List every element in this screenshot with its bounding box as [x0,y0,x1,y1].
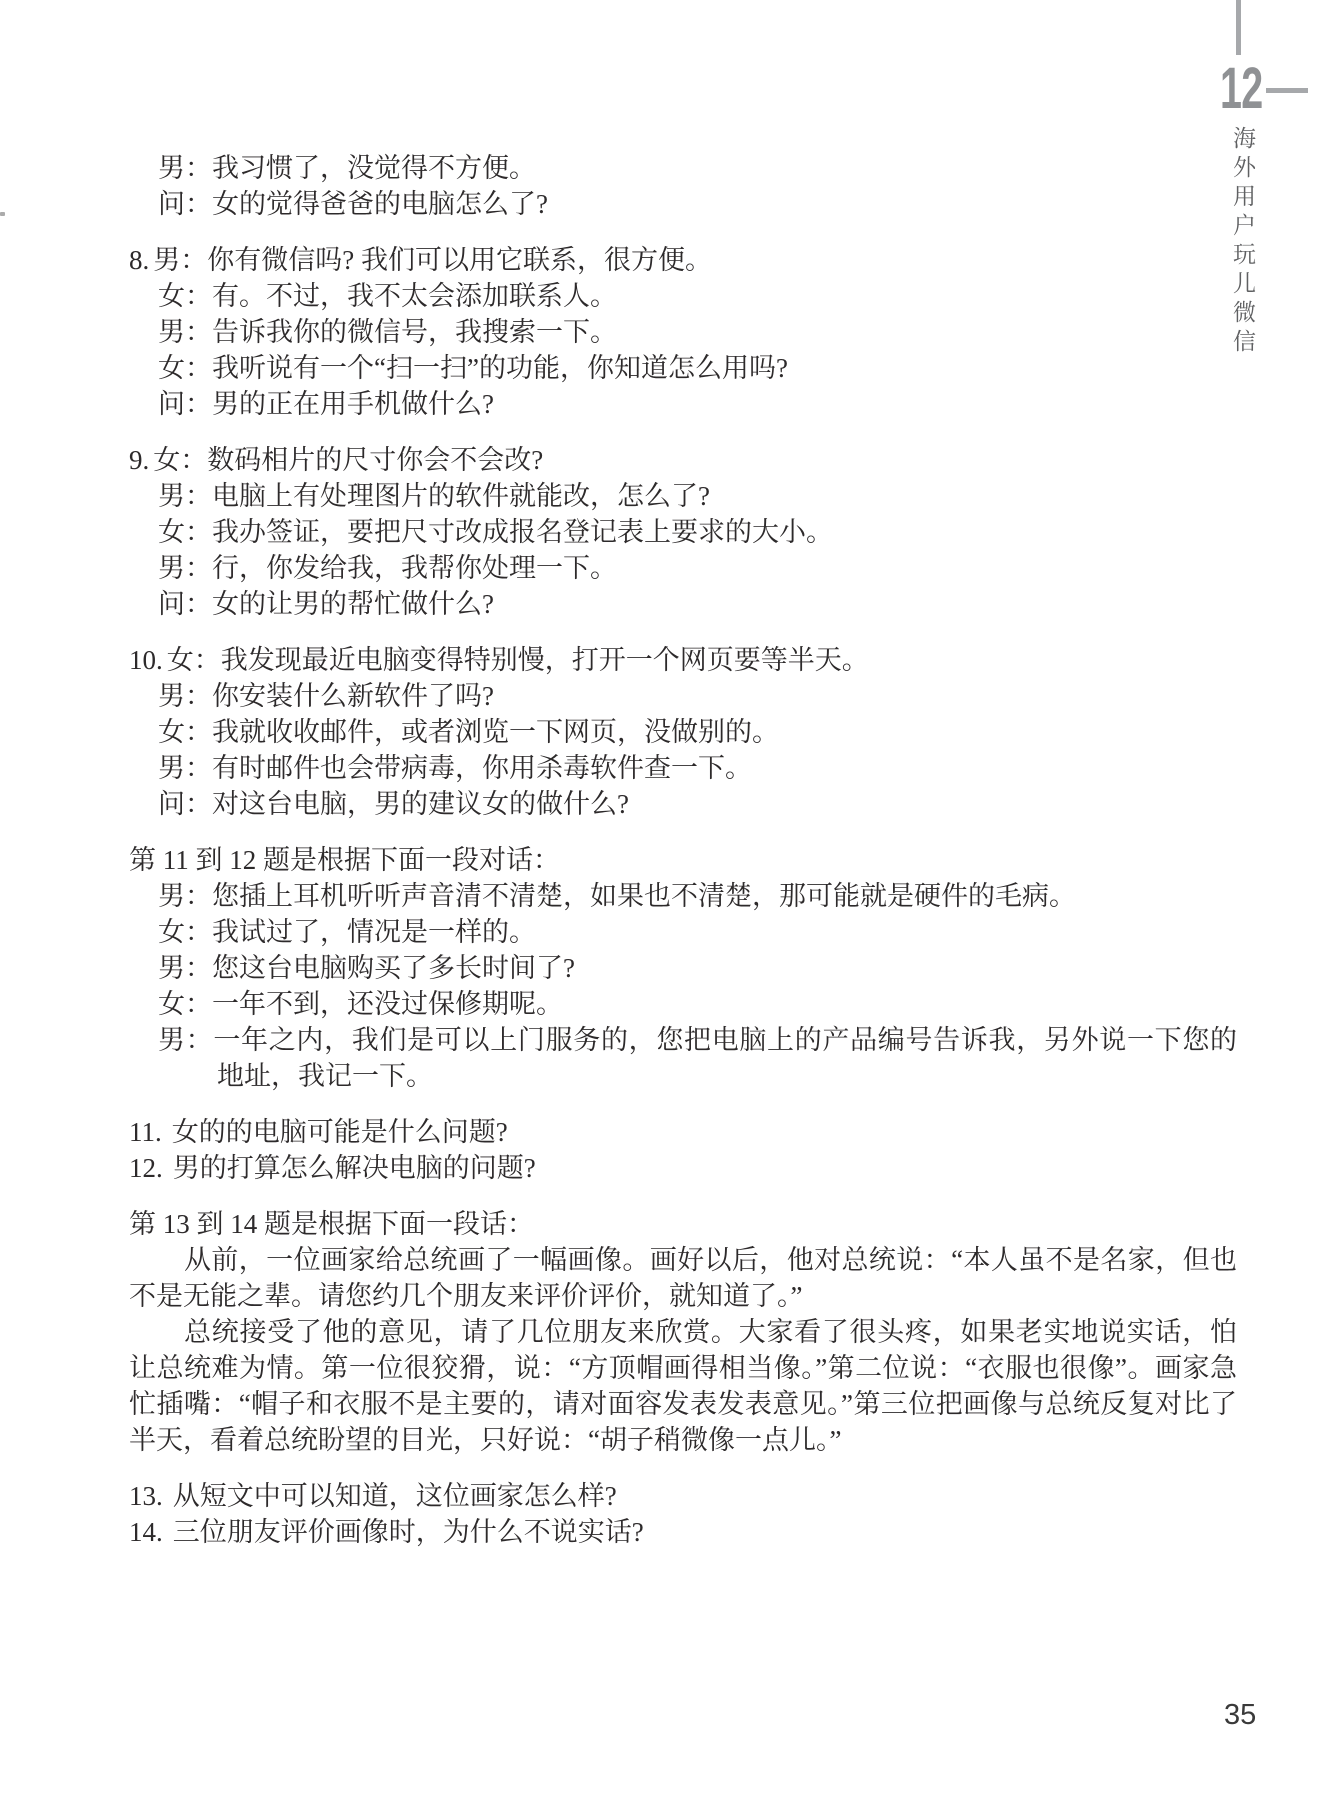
transcript-line: 女：我就收收邮件，或者浏览一下网页，没做别的。 [129,714,1237,750]
transcript-line: 男：你安装什么新软件了吗? [129,678,1237,714]
transcript-line: 忙插嘴：“帽子和衣服不是主要的，请对面容发表发表意见。”第三位把画像与总统反复对… [129,1386,1237,1422]
line-text: 告诉我你的微信号，我搜索一下。 [212,317,617,347]
question-line: 13.从短文中可以知道，这位画家怎么样? [129,1478,1237,1514]
line-text: 我就收收邮件，或者浏览一下网页，没做别的。 [212,717,779,747]
speaker-label: 男： [158,153,212,183]
line-text: 从前，一位画家给总统画了一幅画像。画好以后，他对总统说：“本人虽不是名家，但也 [184,1245,1237,1275]
line-text: 女的让男的帮忙做什么? [212,589,494,619]
line-text: 你有微信吗? 我们可以用它联系，很方便。 [207,245,712,275]
transcript-line: 问：对这台电脑，男的建议女的做什么? [129,786,1237,822]
line-text: 一年不到，还没过保修期呢。 [212,989,563,1019]
line-text: 第 11 到 12 题是根据下面一段对话： [129,845,560,875]
item-number: 11. [129,1117,162,1147]
speaker-label: 问： [158,589,212,619]
transcript-line: 半天，看着总统盼望的目光，只好说：“胡子稍微像一点儿。” [129,1422,1237,1458]
speaker-label: 男： [158,1025,213,1055]
item-number: 14. [129,1517,163,1547]
line-text: 我发现最近电脑变得特别慢，打开一个网页要等半天。 [221,645,869,675]
line-text: 你安装什么新软件了吗? [212,681,494,711]
speaker-label: 男： [153,245,207,275]
transcript-line: 男：我习惯了，没觉得不方便。 [129,150,1237,186]
speaker-label: 女： [158,353,212,383]
item9: 9.女：数码相片的尺寸你会不会改?男：电脑上有处理图片的软件就能改，怎么了?女：… [129,442,1237,622]
speaker-label: 男： [158,753,212,783]
transcript-line: 问：女的让男的帮忙做什么? [129,586,1237,622]
line-text: 从短文中可以知道，这位画家怎么样? [173,1481,617,1511]
transcript-line: 男：一年之内，我们是可以上门服务的，您把电脑上的产品编号告诉我，另外说一下您的 [129,1022,1237,1058]
line-text: 让总统难为情。第一位很狡猾，说：“方顶帽画得相当像。”第二位说：“衣服也很像”。… [129,1353,1237,1383]
line-text: 女的的电脑可能是什么问题? [172,1117,508,1147]
line-text: 数码相片的尺寸你会不会改? [207,445,543,475]
section-13-14: 第 13 到 14 题是根据下面一段话：从前，一位画家给总统画了一幅画像。画好以… [129,1206,1237,1458]
line-text: 我习惯了，没觉得不方便。 [212,153,536,183]
speaker-label: 女： [158,917,212,947]
questions-11-12: 11.女的的电脑可能是什么问题?12.男的打算怎么解决电脑的问题? [129,1114,1237,1186]
speaker-label: 女： [158,517,212,547]
line-text: 电脑上有处理图片的软件就能改，怎么了? [212,481,710,511]
question-line: 14.三位朋友评价画像时，为什么不说实话? [129,1514,1237,1550]
line-text: 半天，看着总统盼望的目光，只好说：“胡子稍微像一点儿。” [129,1425,841,1455]
line-text: 行，你发给我，我帮你处理一下。 [212,553,617,583]
transcript-line: 问：男的正在用手机做什么? [129,386,1237,422]
line-text: 对这台电脑，男的建议女的做什么? [212,789,629,819]
line-text: 有。不过，我不太会添加联系人。 [212,281,617,311]
speaker-label: 女： [158,717,212,747]
item-number: 9. [129,445,149,475]
line-text: 地址，我记一下。 [217,1061,433,1091]
transcript-line: 从前，一位画家给总统画了一幅画像。画好以后，他对总统说：“本人虽不是名家，但也 [129,1242,1237,1278]
transcript-line: 不是无能之辈。请您约几个朋友来评价评价，就知道了。” [129,1278,1237,1314]
question-line: 11.女的的电脑可能是什么问题? [129,1114,1237,1150]
line-text: 三位朋友评价画像时，为什么不说实话? [173,1517,644,1547]
page-number: 35 [1224,1700,1256,1730]
question-line: 12.男的打算怎么解决电脑的问题? [129,1150,1237,1186]
line-text: 有时邮件也会带病毒，你用杀毒软件查一下。 [212,753,752,783]
item-number: 10. [129,645,163,675]
line-text: 您这台电脑购买了多长时间了? [212,953,575,983]
speaker-label: 问： [158,389,212,419]
transcript-line: 问：女的觉得爸爸的电脑怎么了? [129,186,1237,222]
line-text: 忙插嘴：“帽子和衣服不是主要的，请对面容发表发表意见。”第三位把画像与总统反复对… [129,1389,1237,1419]
line-text: 第 13 到 14 题是根据下面一段话： [129,1209,534,1239]
transcript-line: 9.女：数码相片的尺寸你会不会改? [129,442,1237,478]
item-number: 8. [129,245,149,275]
transcript-line: 女：我办签证，要把尺寸改成报名登记表上要求的大小。 [129,514,1237,550]
transcript-line: 男：行，你发给我，我帮你处理一下。 [129,550,1237,586]
speaker-label: 男： [158,881,212,911]
speaker-label: 女： [158,989,212,1019]
line-text: 我听说有一个“扫一扫”的功能，你知道怎么用吗? [212,353,788,383]
textbook-page: { "page": { "chapter_number": "12", "cha… [0,0,1331,1800]
transcript-line: 男：您插上耳机听听声音清不清楚，如果也不清楚，那可能就是硬件的毛病。 [129,878,1237,914]
transcript-line: 男：您这台电脑购买了多长时间了? [129,950,1237,986]
line-text: 不是无能之辈。请您约几个朋友来评价评价，就知道了。” [129,1281,802,1311]
item7-tail: 男：我习惯了，没觉得不方便。问：女的觉得爸爸的电脑怎么了? [129,150,1237,222]
speaker-label: 男： [158,481,212,511]
transcript-line: 男：告诉我你的微信号，我搜索一下。 [129,314,1237,350]
line-text: 我办签证，要把尺寸改成报名登记表上要求的大小。 [212,517,833,547]
transcript-line: 男：有时邮件也会带病毒，你用杀毒软件查一下。 [129,750,1237,786]
item10: 10.女：我发现最近电脑变得特别慢，打开一个网页要等半天。男：你安装什么新软件了… [129,642,1237,822]
transcript-line: 地址，我记一下。 [129,1058,1237,1094]
speaker-label: 男： [158,953,212,983]
speaker-label: 女： [153,445,207,475]
section-header: 第 13 到 14 题是根据下面一段话： [129,1206,1237,1242]
line-text: 您插上耳机听听声音清不清楚，如果也不清楚，那可能就是硬件的毛病。 [212,881,1076,911]
speaker-label: 男： [158,317,212,347]
section-header: 第 11 到 12 题是根据下面一段对话： [129,842,1237,878]
item-number: 12. [129,1153,163,1183]
transcript-line: 女：有。不过，我不太会添加联系人。 [129,278,1237,314]
transcript-line: 8.男：你有微信吗? 我们可以用它联系，很方便。 [129,242,1237,278]
transcript-line: 女：一年不到，还没过保修期呢。 [129,986,1237,1022]
transcript-line: 男：电脑上有处理图片的软件就能改，怎么了? [129,478,1237,514]
speaker-label: 问： [158,789,212,819]
line-text: 总统接受了他的意见，请了几位朋友来欣赏。大家看了很头疼，如果老实地说实话，怕 [184,1317,1237,1347]
transcript-line: 让总统难为情。第一位很狡猾，说：“方顶帽画得相当像。”第二位说：“衣服也很像”。… [129,1350,1237,1386]
line-text: 男的正在用手机做什么? [212,389,494,419]
transcript-line: 女：我听说有一个“扫一扫”的功能，你知道怎么用吗? [129,350,1237,386]
line-text: 我试过了，情况是一样的。 [212,917,536,947]
line-text: 男的打算怎么解决电脑的问题? [173,1153,536,1183]
section-11-12: 第 11 到 12 题是根据下面一段对话：男：您插上耳机听听声音清不清楚，如果也… [129,842,1237,1094]
questions-13-14: 13.从短文中可以知道，这位画家怎么样?14.三位朋友评价画像时，为什么不说实话… [129,1478,1237,1550]
line-text: 一年之内，我们是可以上门服务的，您把电脑上的产品编号告诉我，另外说一下您的 [213,1025,1237,1055]
speaker-label: 女： [167,645,221,675]
speaker-label: 男： [158,681,212,711]
speaker-label: 问： [158,189,212,219]
transcript-line: 总统接受了他的意见，请了几位朋友来欣赏。大家看了很头疼，如果老实地说实话，怕 [129,1314,1237,1350]
listening-transcript: 男：我习惯了，没觉得不方便。问：女的觉得爸爸的电脑怎么了?8.男：你有微信吗? … [0,0,1331,1550]
transcript-line: 10.女：我发现最近电脑变得特别慢，打开一个网页要等半天。 [129,642,1237,678]
speaker-label: 男： [158,553,212,583]
item8: 8.男：你有微信吗? 我们可以用它联系，很方便。女：有。不过，我不太会添加联系人… [129,242,1237,422]
speaker-label: 女： [158,281,212,311]
item-number: 13. [129,1481,163,1511]
transcript-line: 女：我试过了，情况是一样的。 [129,914,1237,950]
line-text: 女的觉得爸爸的电脑怎么了? [212,189,548,219]
